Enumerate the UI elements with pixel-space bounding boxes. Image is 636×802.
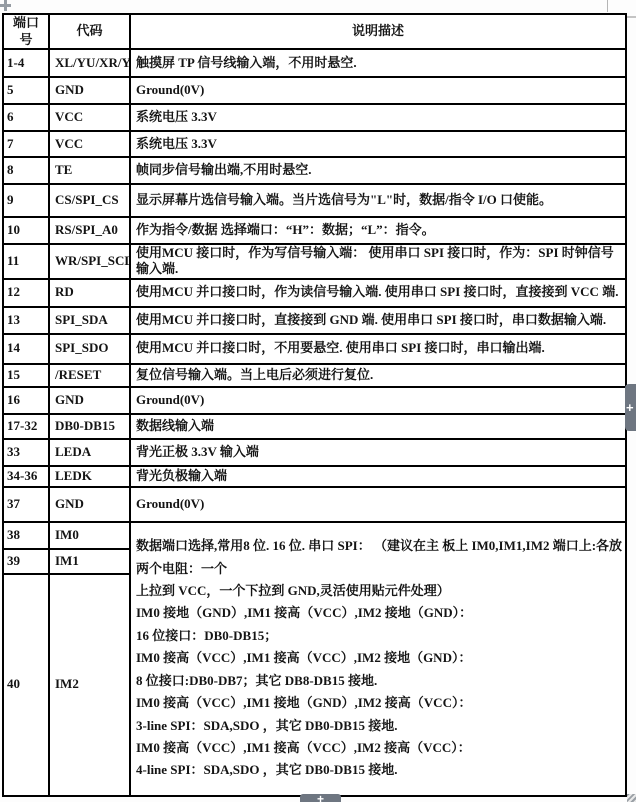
code-cell: TE xyxy=(49,157,130,184)
table-row: 38 IM0 数据端口选择,常用8 位. 16 位. 串口 SPI： （建议在主… xyxy=(3,522,626,549)
port-cell: 5 xyxy=(3,77,49,104)
table-row: 13 SPI_SDA 使用MCU 并口接口时，直接接到 GND 端. 使用串口 … xyxy=(3,307,626,334)
code-cell: /RESET xyxy=(49,364,130,387)
table-resize-handle-icon[interactable] xyxy=(627,794,636,802)
code-cell: IM0 xyxy=(49,522,130,549)
desc-cell: Ground(0V) xyxy=(130,77,626,104)
table-row: 10 RS/SPI_A0 作为指令/数据 选择端口：“H”：数据；“L”：指令。 xyxy=(3,217,626,244)
margin-mark-vertical xyxy=(607,0,608,12)
code-cell: GND xyxy=(49,77,130,104)
desc-cell: Ground(0V) xyxy=(130,387,626,414)
code-cell: SPI_SDA xyxy=(49,307,130,334)
im-desc-line: IM0 接地（GND）,IM1 接高（VCC）,IM2 接地（GND）： xyxy=(136,602,623,624)
port-cell: 14 xyxy=(3,334,49,364)
table-row: 11 WR/SPI_SCL 使用MCU 接口时，作为写信号输入端： 使用串口 S… xyxy=(3,244,626,279)
port-cell: 1-4 xyxy=(3,49,49,77)
im-desc-line: IM0 接高（VCC）,IM1 接地（GND）,IM2 接高（VCC）： xyxy=(136,692,623,714)
table-row: 33 LEDA 背光正极 3.3V 输入端 xyxy=(3,439,626,466)
table-move-handle-icon[interactable] xyxy=(0,0,11,11)
table-row: 17-32 DB0-DB15 数据线输入端 xyxy=(3,414,626,439)
code-cell: RD xyxy=(49,279,130,307)
code-cell: GND xyxy=(49,387,130,414)
desc-cell: 使用MCU 并口接口时，不用要悬空. 使用串口 SPI 接口时，串口输出端. xyxy=(130,334,626,364)
desc-cell: 背光正极 3.3V 输入端 xyxy=(130,439,626,466)
port-cell: 17-32 xyxy=(3,414,49,439)
margin-mark-horizontal xyxy=(627,16,636,18)
port-cell: 40 xyxy=(3,574,49,796)
im-desc-line: 3-line SPI：SDA,SDO ，其它 DB0-DB15 接地. xyxy=(136,715,623,737)
code-cell: XL/YU/XR/YD xyxy=(49,49,130,77)
im-desc-line: 8 位接口:DB0-DB7；其它 DB8-DB15 接地. xyxy=(136,670,623,692)
add-column-button[interactable]: + xyxy=(625,384,636,431)
table-row: 37 GND Ground(0V) xyxy=(3,487,626,522)
desc-cell: 使用MCU 并口接口时，直接接到 GND 端. 使用串口 SPI 接口时，串口数… xyxy=(130,307,626,334)
im-desc-line: IM0 接高（VCC）,IM1 接高（VCC）,IM2 接高（VCC）： xyxy=(136,737,623,759)
move-handle-bar xyxy=(4,0,7,11)
code-cell: CS/SPI_CS xyxy=(49,184,130,217)
desc-cell: 使用MCU 接口时，作为写信号输入端： 使用串口 SPI 接口时，作为：SPI … xyxy=(130,244,626,279)
desc-cell: 触摸屏 TP 信号线输入端，不用时悬空. xyxy=(130,49,626,77)
table-row: 1-4 XL/YU/XR/YD 触摸屏 TP 信号线输入端，不用时悬空. xyxy=(3,49,626,77)
port-cell: 8 xyxy=(3,157,49,184)
header-code: 代码 xyxy=(49,14,130,49)
table-row: 7 VCC 系统电压 3.3V xyxy=(3,131,626,157)
desc-cell: 帧同步信号输出端,不用时悬空. xyxy=(130,157,626,184)
desc-cell: 显示屏幕片选信号输入端。当片选信号为"L"时，数据/指令 I/O 口使能。 xyxy=(130,184,626,217)
desc-cell: 使用MCU 并口接口时，作为读信号输入端. 使用串口 SPI 接口时，直接接到 … xyxy=(130,279,626,307)
port-cell: 16 xyxy=(3,387,49,414)
desc-cell: 复位信号输入端。当上电后必须进行复位. xyxy=(130,364,626,387)
header-port: 端口号 xyxy=(3,14,49,49)
code-cell: WR/SPI_SCL xyxy=(49,244,130,279)
im-desc-line: 上拉到 VCC，一个下拉到 GND,灵活使用贴元件处理） xyxy=(136,580,623,602)
code-cell: VCC xyxy=(49,104,130,131)
desc-cell: 数据线输入端 xyxy=(130,414,626,439)
table-row: 14 SPI_SDO 使用MCU 并口接口时，不用要悬空. 使用串口 SPI 接… xyxy=(3,334,626,364)
code-cell: IM1 xyxy=(49,549,130,574)
header-row: 端口号 代码 说明描述 xyxy=(3,14,626,49)
table-row: 9 CS/SPI_CS 显示屏幕片选信号输入端。当片选信号为"L"时，数据/指令… xyxy=(3,184,626,217)
im-merged-desc-cell: 数据端口选择,常用8 位. 16 位. 串口 SPI： （建议在主 板上 IM0… xyxy=(130,522,626,796)
add-row-button[interactable]: + xyxy=(300,794,341,802)
table-row: 5 GND Ground(0V) xyxy=(3,77,626,104)
im-desc-line: 16 位接口：DB0-DB15； xyxy=(136,625,623,647)
desc-cell: 作为指令/数据 选择端口：“H”：数据；“L”：指令。 xyxy=(130,217,626,244)
table-row: 16 GND Ground(0V) xyxy=(3,387,626,414)
code-cell: RS/SPI_A0 xyxy=(49,217,130,244)
port-cell: 37 xyxy=(3,487,49,522)
table-row: 6 VCC 系统电压 3.3V xyxy=(3,104,626,131)
port-cell: 10 xyxy=(3,217,49,244)
table-row: 15 /RESET 复位信号输入端。当上电后必须进行复位. xyxy=(3,364,626,387)
desc-cell: Ground(0V) xyxy=(130,487,626,522)
port-cell: 39 xyxy=(3,549,49,574)
port-cell: 7 xyxy=(3,131,49,157)
code-cell: DB0-DB15 xyxy=(49,414,130,439)
code-cell: VCC xyxy=(49,131,130,157)
port-cell: 15 xyxy=(3,364,49,387)
code-cell: SPI_SDO xyxy=(49,334,130,364)
im-desc-line: 数据端口选择,常用8 位. 16 位. 串口 SPI： （建议在主 板上 IM0… xyxy=(136,535,623,580)
port-cell: 33 xyxy=(3,439,49,466)
header-desc: 说明描述 xyxy=(130,14,626,49)
code-cell: LEDA xyxy=(49,439,130,466)
desc-cell: 系统电压 3.3V xyxy=(130,131,626,157)
document-page: 端口号 代码 说明描述 1-4 XL/YU/XR/YD 触摸屏 TP 信号线输入… xyxy=(0,0,636,802)
im-desc-line: IM0 接高（VCC）,IM1 接高（VCC）,IM2 接地（GND）： xyxy=(136,647,623,669)
port-cell: 11 xyxy=(3,244,49,279)
table-row: 12 RD 使用MCU 并口接口时，作为读信号输入端. 使用串口 SPI 接口时… xyxy=(3,279,626,307)
port-cell: 9 xyxy=(3,184,49,217)
port-cell: 12 xyxy=(3,279,49,307)
plus-icon: + xyxy=(317,794,324,802)
port-cell: 38 xyxy=(3,522,49,549)
table-row: 34-36 LEDK 背光负极输入端 xyxy=(3,466,626,487)
table-row: 8 TE 帧同步信号输出端,不用时悬空. xyxy=(3,157,626,184)
desc-cell: 系统电压 3.3V xyxy=(130,104,626,131)
port-cell: 34-36 xyxy=(3,466,49,487)
port-cell: 13 xyxy=(3,307,49,334)
im-desc-line: 4-line SPI：SDA,SDO ，其它 DB0-DB15 接地. xyxy=(136,759,623,781)
code-cell: LEDK xyxy=(49,466,130,487)
desc-cell: 背光负极输入端 xyxy=(130,466,626,487)
code-cell: IM2 xyxy=(49,574,130,796)
pin-description-table: 端口号 代码 说明描述 1-4 XL/YU/XR/YD 触摸屏 TP 信号线输入… xyxy=(2,13,627,797)
port-cell: 6 xyxy=(3,104,49,131)
plus-icon: + xyxy=(626,400,634,415)
code-cell: GND xyxy=(49,487,130,522)
